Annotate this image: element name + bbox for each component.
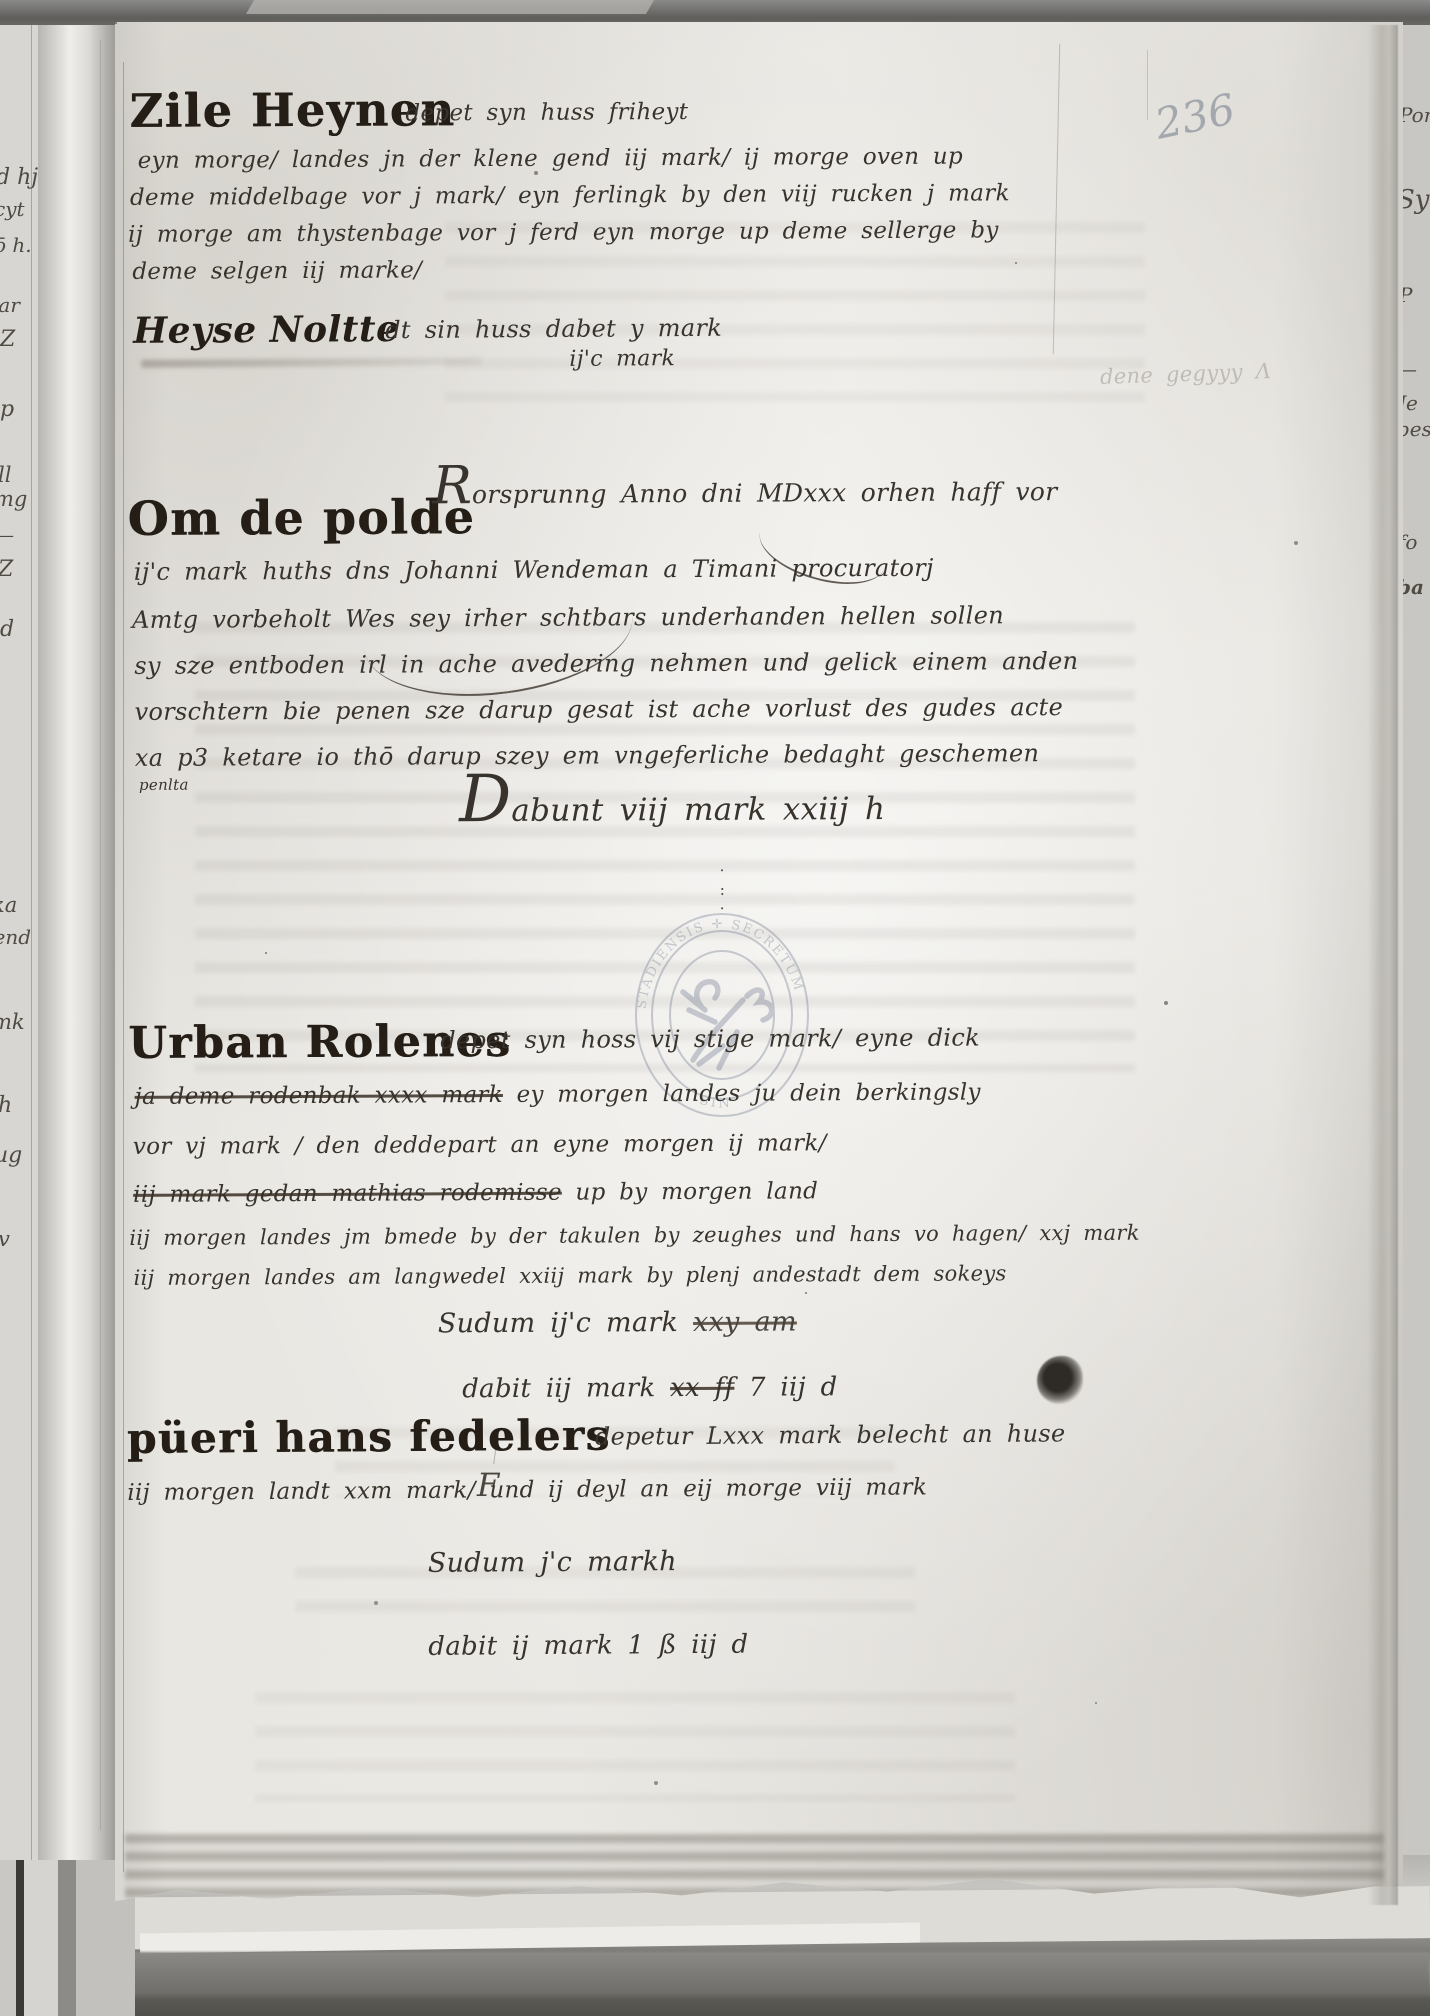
- manuscript-scan: d hjs cyt ō h. lar Z p ll mg — Z d ka re…: [0, 0, 1430, 2016]
- bottom-shadow-band: [0, 1952, 1430, 1994]
- left-fragment: d hjs: [0, 165, 38, 190]
- line-text: up by morgen land: [562, 1178, 818, 1205]
- sum-struck-text: xxy am: [693, 1306, 797, 1338]
- page-right-deckle-edge: [1368, 25, 1398, 1905]
- left-fragment: —: [0, 525, 14, 546]
- left-fragment: mk: [0, 1010, 25, 1034]
- entry-line: deme middelbage vor j mark/ eyn ferlingk…: [130, 180, 1010, 211]
- entry-heading: Heyse Noltte: [133, 308, 400, 352]
- entry-note: depet syn huss friheyt: [405, 99, 688, 126]
- left-fragment: mg: [0, 487, 27, 511]
- entry-heading: püeri hans fedelers: [127, 1411, 611, 1463]
- sum-underdots: · : ·: [719, 861, 729, 918]
- line-text: iij morgen landes jm bmede by der takule…: [129, 1221, 1140, 1250]
- entry-line: eyn morge/ landes jn der klene gend iij …: [138, 144, 963, 174]
- gutter-fold: [38, 25, 118, 1860]
- left-margin-rule: [123, 62, 124, 1872]
- entry-sum: Dabunt viij mark xxiij h: [459, 780, 885, 829]
- entry-line: vorschtern bie penen sze darup gesat ist…: [135, 693, 1064, 726]
- gutter-crease: [100, 40, 101, 1830]
- marginal-scribble: dene gegyyy Λ: [1100, 359, 1272, 389]
- left-fragment: rend: [0, 925, 31, 949]
- struck-text: ja deme rodenbak xxxx mark: [135, 1082, 503, 1110]
- dabit-tail-text: 7 iij d: [749, 1372, 838, 1402]
- right-fragment: Pom: [1399, 103, 1430, 127]
- left-fragment: cyt: [0, 197, 25, 221]
- entry-line: iij morgen landes am langwedel xxiij mar…: [134, 1261, 1007, 1290]
- left-fragment: Z: [0, 557, 13, 582]
- top-edge-highlight: [246, 0, 654, 14]
- seal-legend-top: STADIENSIS ✛ SECRETUM: [634, 917, 806, 1010]
- svg-text:STADIENSIS ✛ SECRETUM: STADIENSIS ✛ SECRETUM: [634, 917, 806, 1010]
- entry-note: depet syn hoss vij stige mark/ eyne dick: [440, 1023, 980, 1054]
- left-fragment: ug: [0, 1143, 22, 1168]
- line-text: iij morgen landes am langwedel xxiij mar…: [134, 1261, 1007, 1290]
- entry-small-note: penlta: [139, 776, 189, 794]
- manuscript-page: STADIENSIS ✛ SECRETUM SIN 236 Zile Heyne…: [115, 22, 1403, 1924]
- top-short-line: [1147, 50, 1148, 120]
- line-text: ey morgen landes ju dein berkingsly: [503, 1079, 981, 1108]
- left-fragment: p: [0, 397, 14, 422]
- dabit-struck-text: xx ff: [670, 1373, 734, 1403]
- left-fragment: h: [0, 1093, 12, 1118]
- entry-heading: Om de polde: [127, 490, 475, 547]
- entry-note: Rorsprunng Anno dni MDxxx orhen haff vor: [432, 469, 1057, 509]
- entry-line: iij mark gedan mathias rodemisse up by m…: [133, 1178, 818, 1208]
- left-fragment: lar: [0, 293, 20, 317]
- left-fragment: d: [0, 617, 14, 642]
- left-facing-page: d hjs cyt ō h. lar Z p ll mg — Z d ka re…: [0, 25, 38, 1860]
- entry-subnote: ij'c mark: [569, 346, 675, 372]
- struck-text: iij mark gedan mathias rodemisse: [133, 1180, 562, 1208]
- entry-dabit: dabit ij mark 1 ß iij d: [428, 1630, 748, 1662]
- entry-line: ja deme rodenbak xxxx mark ey morgen lan…: [135, 1079, 981, 1109]
- verso-show-through-lower3: [255, 1692, 1015, 1802]
- entry-line: deme selgen iij marke/: [132, 257, 422, 285]
- left-fragment: Z: [0, 327, 15, 352]
- paper-specks: [115, 22, 117, 24]
- sum-text: Sudum ij'c mark: [438, 1307, 679, 1339]
- folio-number: 236: [1151, 84, 1240, 149]
- line-text: vor vj mark / den deddepart an eyne morg…: [133, 1130, 827, 1160]
- ink-blot: [1037, 1356, 1083, 1404]
- entry-note: depetur Lxxx mark belecht an huse: [595, 1419, 1066, 1450]
- entry-note: dt sin huss dabet y mark: [385, 314, 722, 344]
- left-fragment: ō h.: [0, 233, 32, 257]
- entry-dabit: dabit iij mark xx ff 7 iij d: [462, 1372, 837, 1404]
- entry-line: xa p3 ketare io thō darup szey em vngefe…: [135, 739, 1040, 772]
- entry-line: ij morge am thystenbage vor j ferd eyn m…: [128, 217, 999, 248]
- entry-line: vor vj mark / den deddepart an eyne morg…: [133, 1130, 827, 1160]
- verso-show-through-upper: [445, 222, 1145, 402]
- left-fragment: v: [0, 1227, 10, 1251]
- entry-line: iij morgen landes jm bmede by der takule…: [129, 1221, 1140, 1250]
- entry-sum: Sudum ij'c mark xxy am: [438, 1306, 797, 1339]
- entry-line: iij morgen landt xxm mark/ und ij deyl a…: [127, 1474, 927, 1506]
- left-page-margin-line: [31, 25, 32, 1860]
- bottom-left-corner-stack: [0, 1850, 135, 2016]
- left-fragment: ll: [0, 463, 11, 487]
- dabit-text: dabit iij mark: [462, 1373, 655, 1404]
- ink-smear: [141, 357, 481, 367]
- left-fragment: ka: [0, 893, 17, 917]
- entry-sum: Sudum j'c markh: [428, 1546, 677, 1579]
